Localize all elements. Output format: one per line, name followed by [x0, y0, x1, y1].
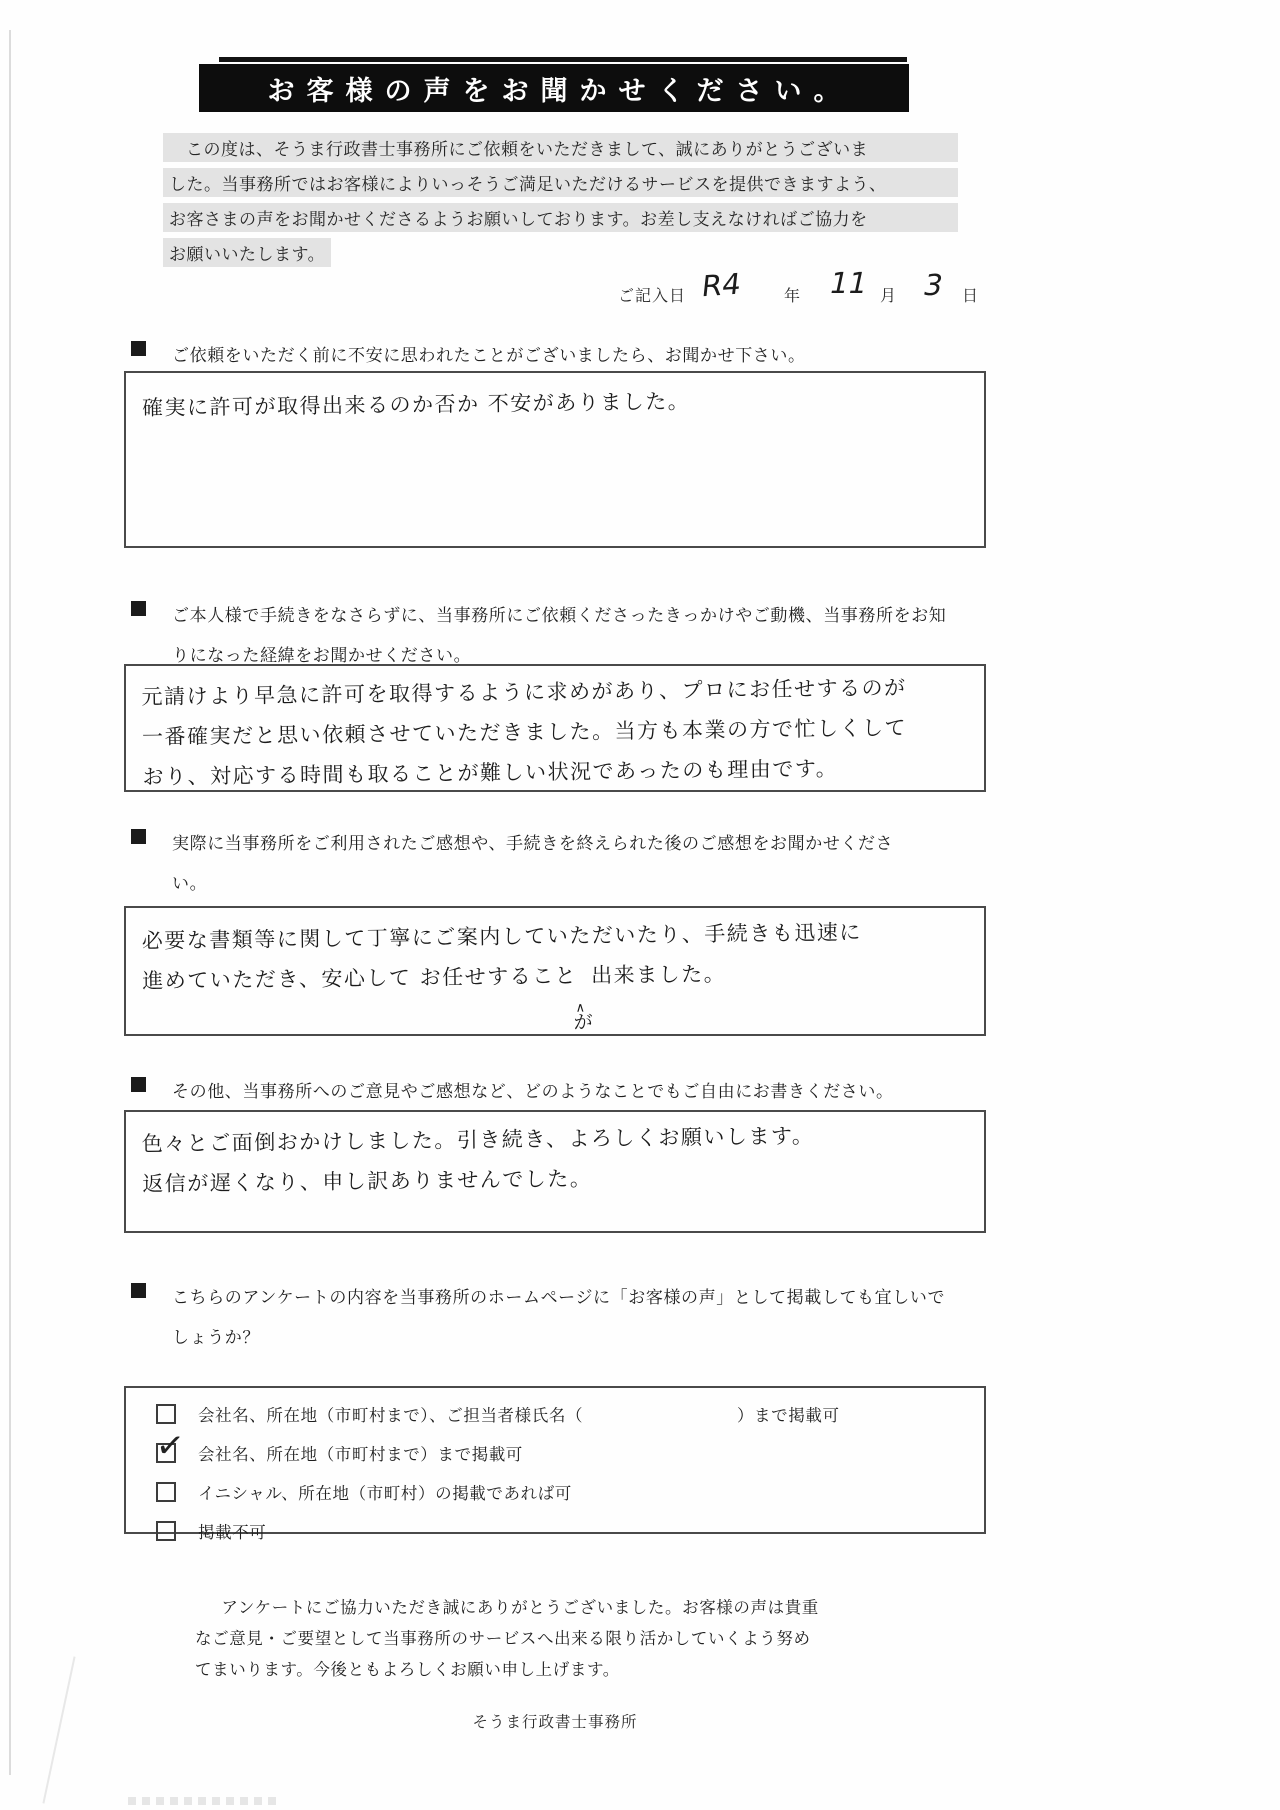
answer-box-1[interactable]: 確実に許可が取得出来るのか否か 不安がありました。	[124, 371, 986, 548]
checkbox-option-2[interactable]: ✓	[156, 1443, 176, 1463]
scan-smudge	[128, 1797, 278, 1805]
answer-box-3[interactable]: 必要な書類等に関して丁寧にご案内していただいたり、手続きも迅速に 進めていただき…	[124, 906, 986, 1036]
question-3: 実際に当事務所をご利用されたご感想や、手続きを終えられた後のご感想をお聞かせくだ…	[131, 824, 921, 904]
handwritten-day-value: 3	[920, 268, 946, 302]
option-row-2: ✓ 会社名、所在地（市町村まで）まで掲載可	[126, 1433, 984, 1472]
closing-line-1: アンケートにご協力いただき誠にありがとうございました。お客様の声は貴重	[195, 1592, 940, 1623]
option-3-label: イニシャル、所在地（市町村）の掲載であれば可	[198, 1480, 572, 1504]
closing-paragraph: アンケートにご協力いただき誠にありがとうございました。お客様の声は貴重 なご意見…	[195, 1592, 940, 1685]
inserted-character: が	[573, 1003, 594, 1043]
intro-paragraph: この度は、そうま行政書士事務所にご依頼をいただきまして、誠にありがとうございま …	[163, 130, 958, 270]
handwritten-month-value: 11	[826, 266, 870, 300]
question-5-text: こちらのアンケートの内容を当事務所のホームページに「お客様の声」として掲載しても…	[172, 1278, 959, 1358]
bullet-square-icon	[131, 1283, 146, 1298]
title-bar: お客様の声をお聞かせください。	[199, 64, 909, 112]
month-suffix: 月	[880, 283, 897, 306]
scan-corner-line	[42, 1656, 75, 1803]
option-row-1: ✓ 会社名、所在地（市町村まで）、ご担当者様氏名（ ）まで掲載可	[126, 1394, 984, 1433]
question-3-text: 実際に当事務所をご利用されたご感想や、手続きを終えられた後のご感想をお聞かせくだ…	[172, 824, 921, 904]
bullet-square-icon	[131, 601, 146, 616]
option-4-label: 掲載不可	[198, 1519, 266, 1543]
answer-box-2[interactable]: 元請けより早急に許可を取得するように求めがあり、プロにお任せするのが 一番確実だ…	[124, 664, 986, 792]
question-4: その他、当事務所へのご意見やご感想など、どのようなことでもご自由にお書きください…	[131, 1072, 981, 1112]
intro-line-2: した。当事務所ではお客様によりいっそうご満足いただけるサービスを提供できますよう…	[163, 168, 958, 197]
bullet-square-icon	[131, 1077, 146, 1092]
day-suffix: 日	[962, 283, 979, 306]
year-suffix: 年	[784, 283, 801, 306]
option-row-3: ✓ イニシャル、所在地（市町村）の掲載であれば可	[126, 1472, 984, 1511]
bullet-square-icon	[131, 829, 146, 844]
closing-line-2: なご意見・ご要望として当事務所のサービスへ出来る限り活かしていくよう努め	[195, 1623, 940, 1654]
question-4-text: その他、当事務所へのご意見やご感想など、どのようなことでもご自由にお書きください…	[172, 1072, 981, 1112]
intro-line-4: お願いいたします。	[163, 238, 331, 267]
title-top-strip	[219, 57, 907, 62]
scan-left-edge-line	[9, 30, 11, 1775]
answer-box-4[interactable]: 色々とご面倒おかけしました。引き続き、よろしくお願いします。 返信が遅くなり、申…	[124, 1110, 986, 1233]
intro-line-1: この度は、そうま行政書士事務所にご依頼をいただきまして、誠にありがとうございま	[163, 133, 958, 162]
handwritten-era-value: R4	[700, 267, 743, 304]
handwritten-check-icon: ✓	[154, 1427, 186, 1464]
intro-line-3: お客さまの声をお聞かせくださるようお願いしております。お差し支えなければご協力を	[163, 203, 958, 232]
option-2-label: 会社名、所在地（市町村まで）まで掲載可	[198, 1441, 523, 1465]
closing-line-3: てまいります。今後ともよろしくお願い申し上げます。	[195, 1654, 940, 1685]
insertion-mark: ∧が	[577, 973, 591, 983]
answer-3-line-2-pre: 進めていただき、安心して お任せすること	[142, 964, 577, 993]
option-row-4: ✓ 掲載不可	[126, 1511, 984, 1550]
scanned-questionnaire-page: お客様の声をお聞かせください。 この度は、そうま行政書士事務所にご依頼をいただき…	[0, 0, 1280, 1810]
question-5: こちらのアンケートの内容を当事務所のホームページに「お客様の声」として掲載しても…	[131, 1278, 959, 1358]
page-title: お客様の声をお聞かせください。	[256, 69, 853, 108]
answer-3-line-2-post: 出来ました。	[591, 962, 726, 988]
checkbox-option-3[interactable]: ✓	[156, 1482, 176, 1502]
option-1-label: 会社名、所在地（市町村まで）、ご担当者様氏名（ ）まで掲載可	[198, 1402, 840, 1426]
bullet-square-icon	[131, 341, 146, 356]
checkbox-option-1[interactable]: ✓	[156, 1404, 176, 1424]
checkbox-option-4[interactable]: ✓	[156, 1521, 176, 1541]
handwritten-answer-1-line-1: 確実に許可が取得出来るのか否か 不安がありました。	[142, 378, 968, 428]
date-label: ご記入日	[618, 283, 686, 306]
office-name-footer: そうま行政書士事務所	[124, 1710, 986, 1732]
publication-options-box: ✓ 会社名、所在地（市町村まで）、ご担当者様氏名（ ）まで掲載可 ✓ 会社名、所…	[124, 1386, 986, 1534]
